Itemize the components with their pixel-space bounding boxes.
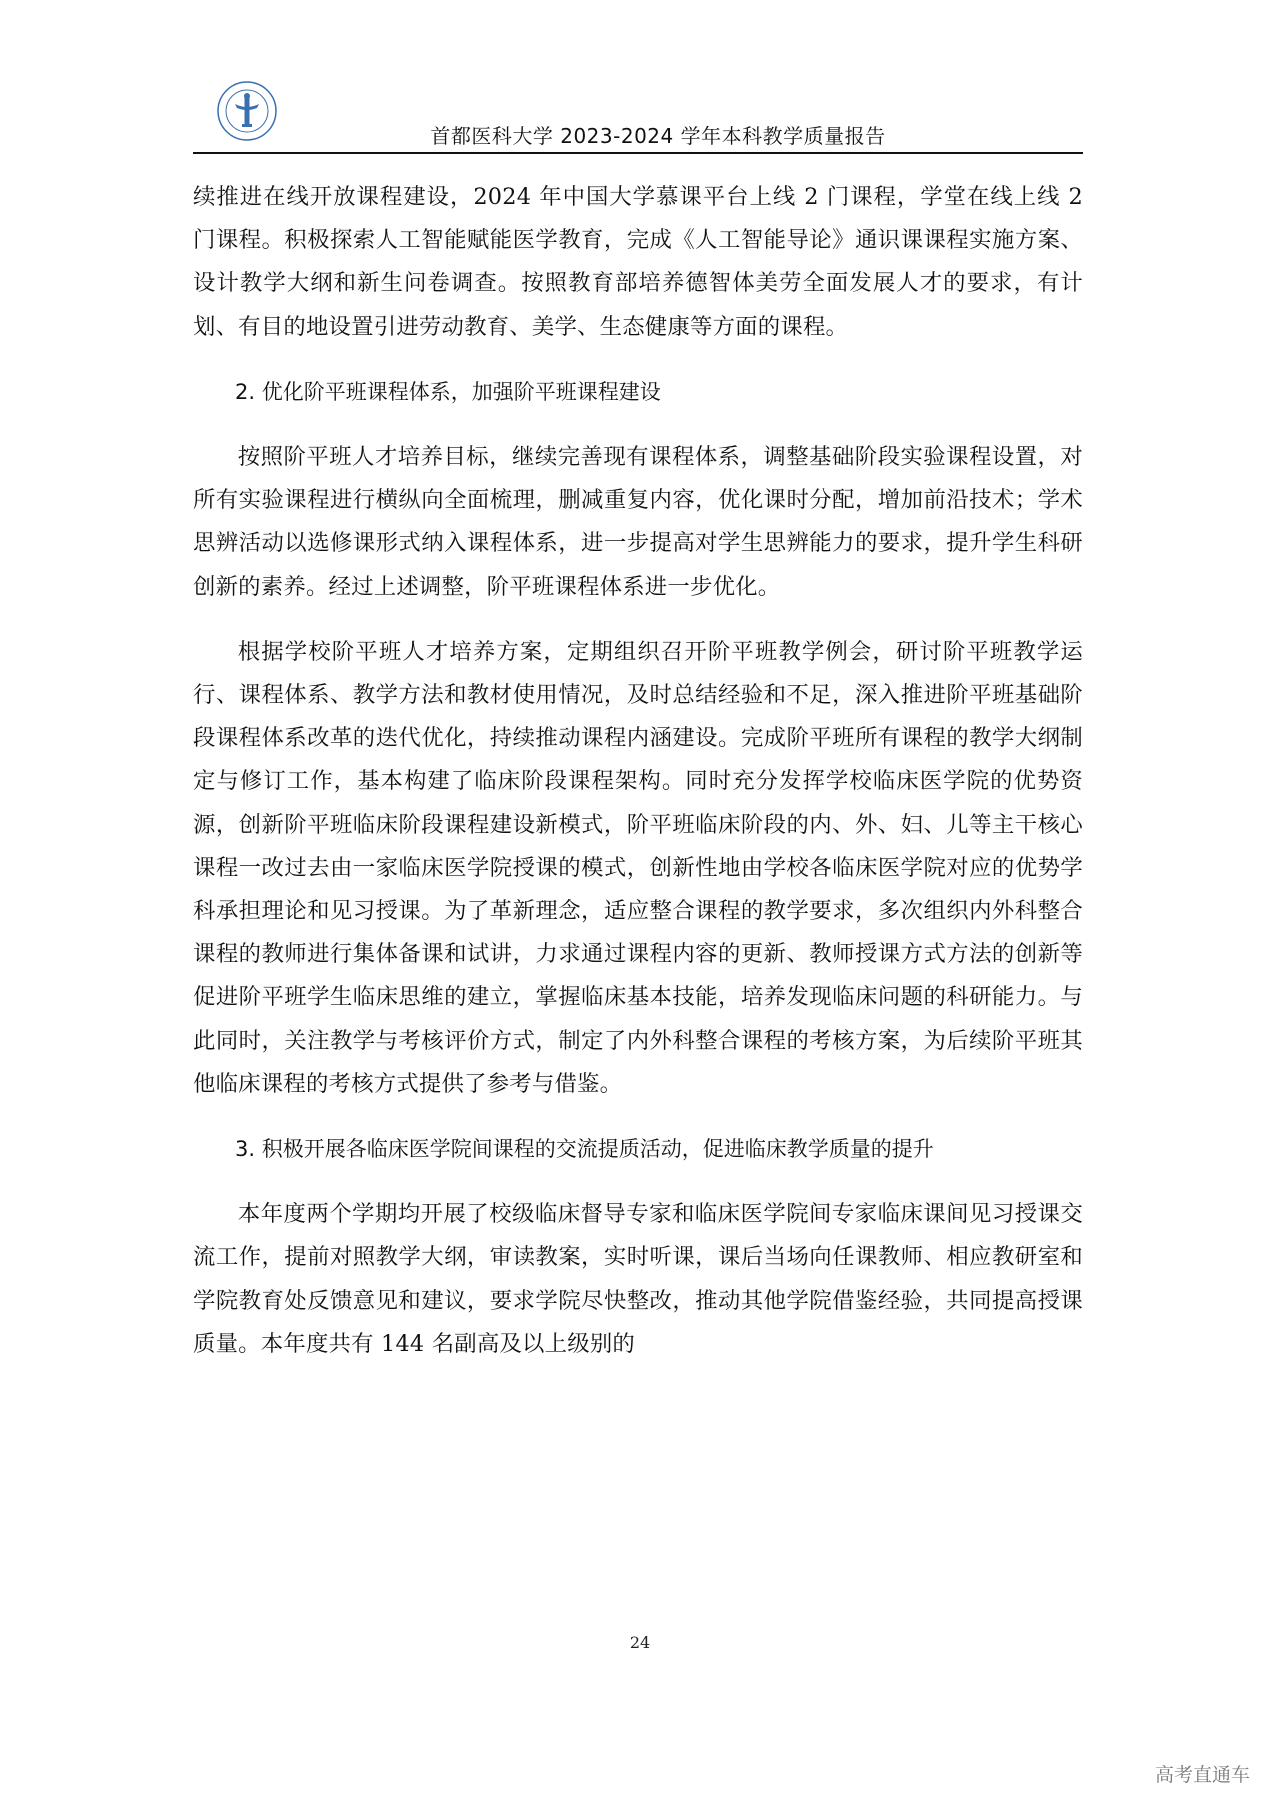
paragraph-clinical-exchange: 本年度两个学期均开展了校级临床督导专家和临床医学院间专家临床课间见习授课交流工作… (193, 1193, 1083, 1366)
paragraph-teaching-meetings: 根据学校阶平班人才培养方案，定期组织召开阶平班教学例会，研讨阶平班教学运行、课程… (193, 631, 1083, 1106)
page-number: 24 (0, 1633, 1280, 1652)
watermark-text: 高考直通车 (1155, 1760, 1250, 1787)
section-heading-3: 3. 积极开展各临床医学院间课程的交流提质活动，促进临床教学质量的提升 (193, 1128, 1083, 1171)
paragraph-continued: 续推进在线开放课程建设，2024 年中国大学慕课平台上线 2 门课程，学堂在线上… (193, 176, 1083, 349)
section-heading-2: 2. 优化阶平班课程体系，加强阶平班课程建设 (193, 371, 1083, 414)
document-title: 首都医科大学 2023-2024 学年本科教学质量报告 (193, 120, 1083, 149)
page-header: 首都医科大学 2023-2024 学年本科教学质量报告 (193, 70, 1083, 154)
document-body: 续推进在线开放课程建设，2024 年中国大学慕课平台上线 2 门课程，学堂在线上… (193, 176, 1083, 1366)
header-divider (193, 152, 1083, 154)
paragraph-course-system: 按照阶平班人才培养目标，继续完善现有课程体系，调整基础阶段实验课程设置，对所有实… (193, 436, 1083, 609)
